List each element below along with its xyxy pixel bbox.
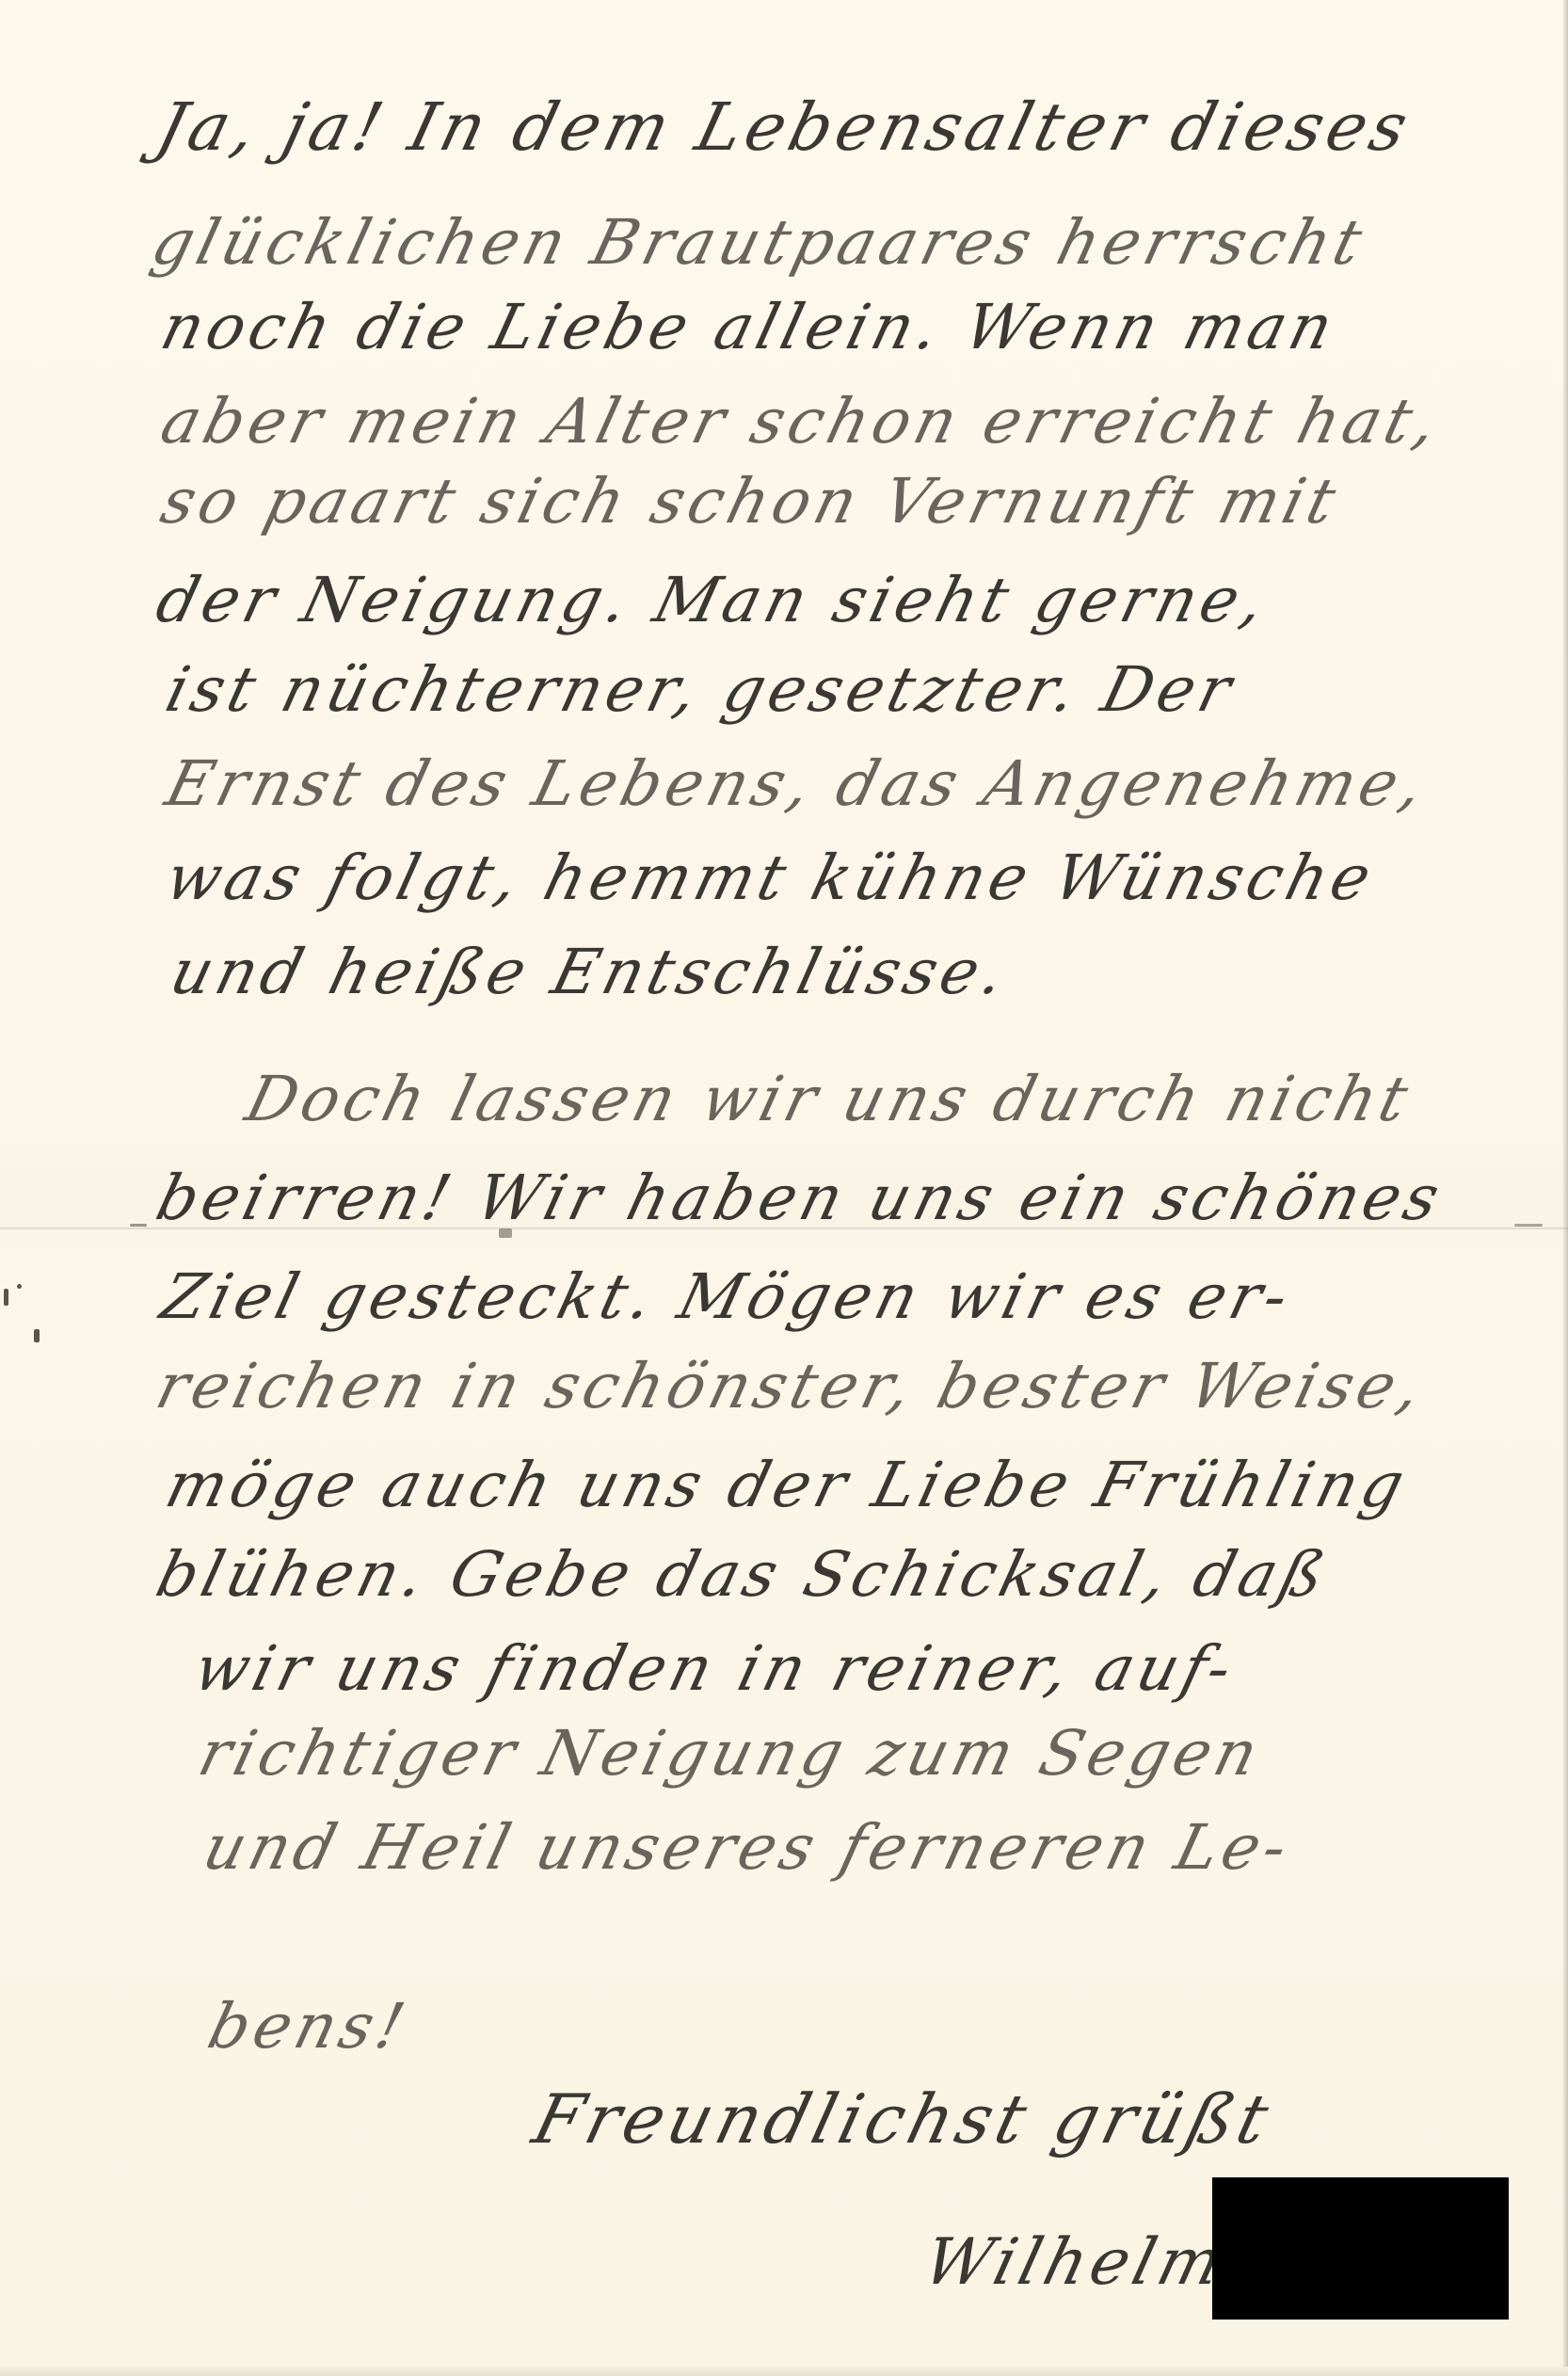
- letter-line-7: ist nüchterner, gesetzter. Der: [160, 659, 1241, 721]
- ink-speck: [34, 1329, 40, 1342]
- ink-speck: [1514, 1224, 1543, 1227]
- letter-closing: Freundlichst grüßt: [527, 2085, 1279, 2153]
- letter-line-3: noch die Liebe allein. Wenn man: [155, 297, 1343, 359]
- letter-page: Ja, ja! In dem Lebensalter dieses glückl…: [0, 0, 1568, 2376]
- letter-line-2: glücklichen Brautpaares herrscht: [146, 212, 1372, 274]
- letter-line-11: Doch lassen wir uns durch nicht: [240, 1068, 1418, 1131]
- letter-line-12: beirren! Wir haben uns ein schönes: [151, 1167, 1449, 1229]
- letter-line-20: bens!: [202, 1996, 415, 2058]
- letter-line-17: wir uns finden in reiner, auf-: [188, 1638, 1242, 1700]
- ink-speck: [130, 1224, 147, 1227]
- letter-line-8: Ernst des Lebens, das Angenehme,: [160, 753, 1433, 815]
- letter-line-16: blühen. Gebe das Schicksal, daß: [151, 1544, 1336, 1606]
- letter-line-1: Ja, ja! In dem Lebensalter dieses: [151, 94, 1418, 160]
- signature-first-name: Wilhelm: [918, 2231, 1232, 2295]
- letter-line-6: der Neigung. Man sieht gerne,: [151, 570, 1275, 632]
- letter-line-9: was folgt, hemmt kühne Wünsche: [160, 847, 1382, 909]
- letter-line-13: Ziel gesteckt. Mögen wir es er-: [155, 1266, 1299, 1328]
- paper-bottom-edge: [0, 2367, 1568, 2376]
- paper-right-edge: [1562, 0, 1568, 2376]
- ink-speck: [17, 1284, 22, 1289]
- letter-line-15: möge auch uns der Liebe Frühling: [160, 1454, 1415, 1517]
- letter-line-18: richtiger Neigung zum Segen: [193, 1723, 1268, 1785]
- letter-line-5: so paart sich schon Vernunft mit: [155, 471, 1346, 533]
- ink-speck: [4, 1289, 8, 1306]
- letter-line-10: und heiße Entschlüsse.: [165, 941, 1015, 1003]
- letter-line-19: und Heil unseres ferneren Le-: [198, 1817, 1298, 1879]
- signature-redaction-box: [1212, 2177, 1509, 2320]
- letter-line-14: reichen in schönster, bester Weise,: [151, 1356, 1432, 1418]
- letter-line-4: aber mein Alter schon erreicht hat,: [155, 391, 1448, 453]
